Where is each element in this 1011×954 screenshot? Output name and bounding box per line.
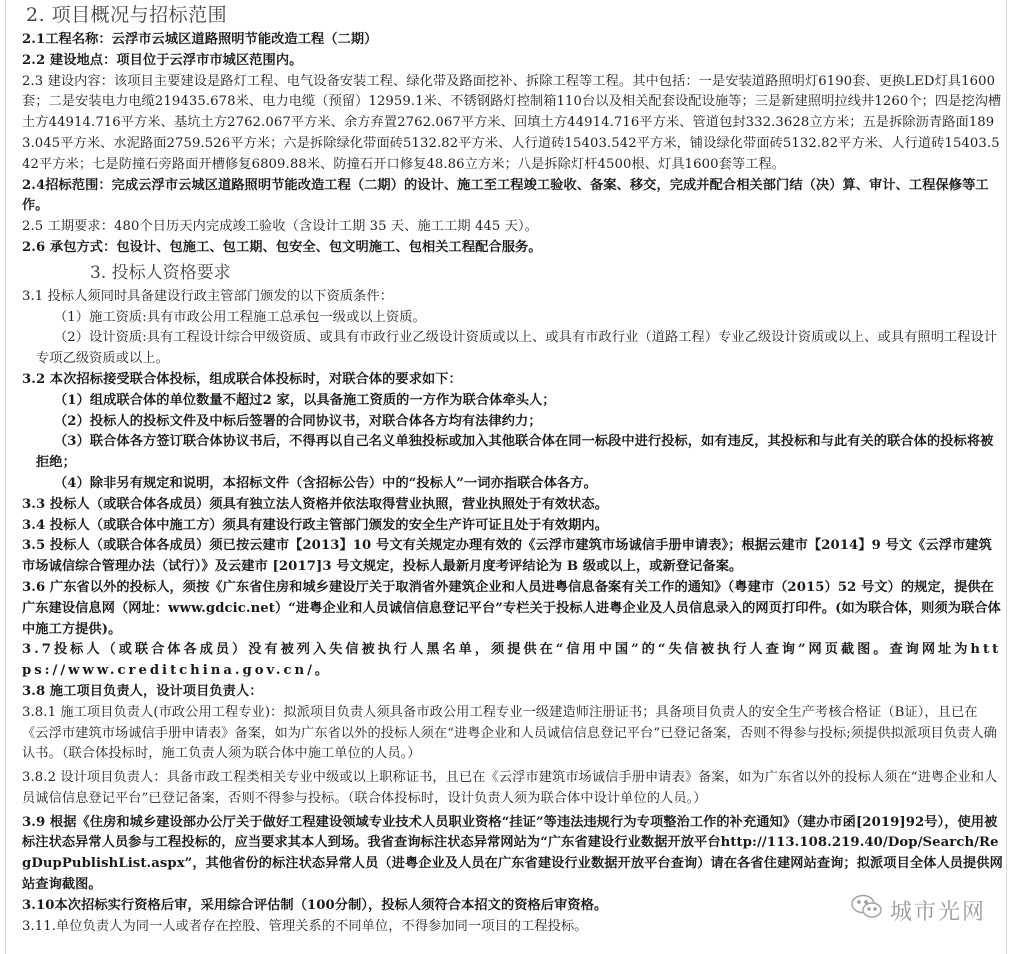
item-3-6: 3.6 广东省以外的投标人，须按《广东省住房和城乡建设厅关于取消省外建筑企业和人… — [22, 578, 1004, 640]
item-3-2-4: （4）除非另有规定和说明，本招标文件（含招标公告）中的“投标人”一词亦指联合体各… — [22, 474, 1004, 495]
item-2-1: 2.1工程名称：云浮市云城区道路照明节能改造工程（二期） — [22, 30, 1004, 51]
wechat-icon — [850, 893, 884, 927]
item-3-2: 3.2 本次招标接受联合体投标，组成联合体投标时，对联合体的要求如下： — [22, 370, 1004, 391]
section-2-title: 2. 项目概况与招标范围 — [26, 2, 1004, 28]
item-3-2-3: （3）联合体各方签订联合体协议书后，不得再以自己名义单独投标或加入其他联合体在同… — [22, 432, 1004, 474]
item-2-5: 2.5 工期要求：480个日历天内完成竣工验收（含设计工期 35 天、施工工期 … — [22, 217, 1004, 238]
item-3-3: 3.3 投标人（或联合体各成员）须具有独立法人资格并依法取得营业执照，营业执照处… — [22, 495, 1004, 516]
item-2-4: 2.4招标范围：完成云浮市云城区道路照明节能改造工程（二期）的设计、施工至工程竣… — [22, 176, 1004, 218]
item-3-8-1: 3.8.1 施工项目负责人(市政公用工程专业)：拟派项目负责人须具备市政公用工程… — [22, 703, 1004, 765]
watermark-text: 城市光网 — [890, 895, 986, 926]
item-2-3: 2.3 建设内容：该项目主要建设是路灯工程、电气设备安装工程、绿化带及路面挖补、… — [22, 72, 1004, 176]
item-3-2-2: （2）投标人的投标文件及中标后签署的合同协议书，对联合体各方均有法律约力； — [22, 412, 1004, 433]
item-3-7: 3.7投标人（或联合体各成员）没有被列入失信被执行人黑名单，须提供在“信用中国”… — [22, 640, 1004, 682]
item-3-8: 3.8 施工项目负责人，设计项目负责人： — [22, 682, 1004, 703]
item-3-1-2: （2）设计资质:具有工程设计综合甲级资质、或具有市政行业乙级设计资质或以上、或具… — [22, 328, 1004, 370]
item-3-5: 3.5 投标人（或联合体各成员）须已按云建市【2013】10 号文有关规定办理有… — [22, 536, 1004, 578]
section-3-title: 3. 投标人资格要求 — [90, 261, 1004, 285]
document-body: 2. 项目概况与招标范围 2.1工程名称：云浮市云城区道路照明节能改造工程（二期… — [22, 2, 1004, 937]
item-3-9: 3.9 根据《住房和城乡建设部办公厅关于做好工程建设领域专业技术人员职业资格“挂… — [22, 813, 1004, 896]
item-3-1-1: （1）施工资质:具有市政公用工程施工总承包一级或以上资质。 — [22, 308, 1004, 329]
watermark: 城市光网 — [850, 893, 986, 927]
item-2-6: 2.6 承包方式：包设计、包施工、包工期、包安全、包文明施工、包相关工程配合服务… — [22, 238, 1004, 259]
item-3-8-2: 3.8.2 设计项目负责人：具备市政工程类相关专业中级或以上职称证书，且已在《云… — [22, 768, 1004, 810]
item-3-1: 3.1 投标人须同时具备建设行政主管部门颁发的以下资质条件： — [22, 287, 1004, 308]
item-3-2-1: （1）组成联合体的单位数量不超过2 家，以具备施工资质的一方作为联合体牵头人； — [22, 391, 1004, 412]
item-3-4: 3.4 投标人（或联合体中施工方）须具有建设行政主管部门颁发的安全生产许可证且处… — [22, 516, 1004, 537]
item-2-2: 2.2 建设地点：项目位于云浮市市城区范围内。 — [22, 51, 1004, 72]
